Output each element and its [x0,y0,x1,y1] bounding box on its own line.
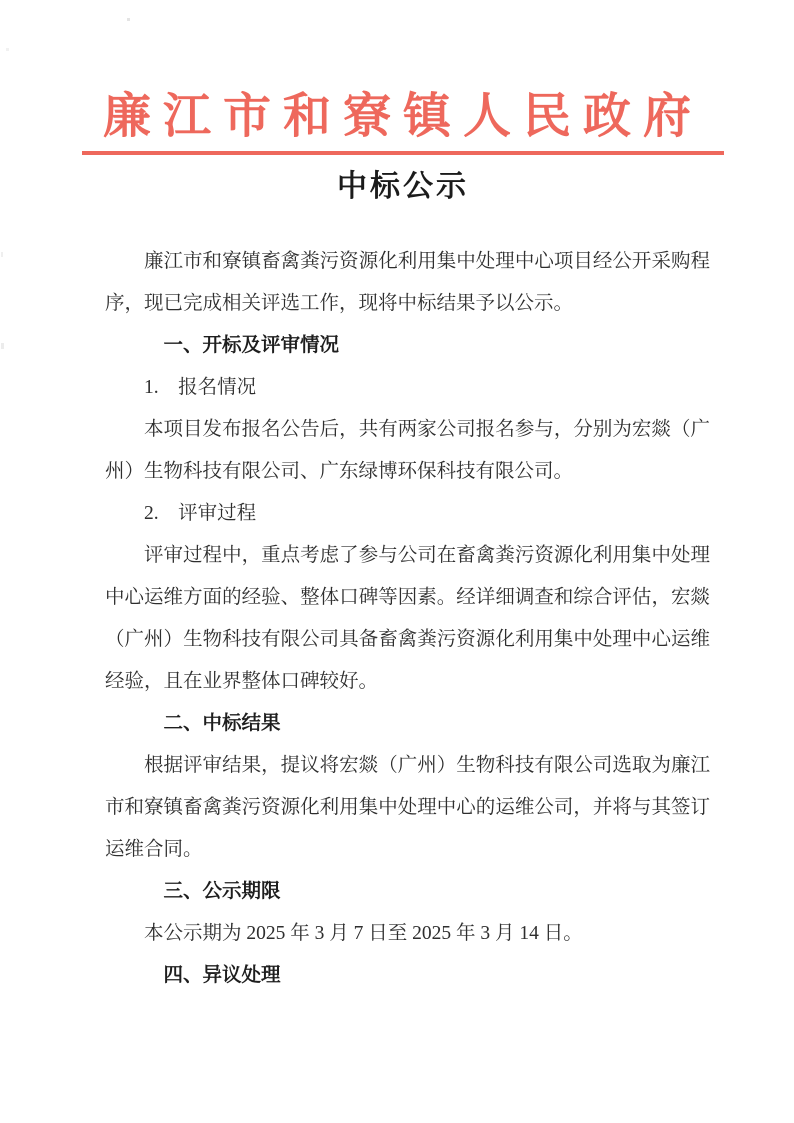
body-paragraph: 廉江市和寮镇畜禽粪污资源化利用集中处理中心项目经公开采购程序，现已完成相关评选工… [105,241,710,325]
document-body: 廉江市和寮镇畜禽粪污资源化利用集中处理中心项目经公开采购程序，现已完成相关评选工… [105,241,710,997]
scan-speck [127,18,130,21]
scan-speck [1,252,3,257]
sub-item-1: 1. 报名情况 [105,367,710,409]
body-paragraph: 评审过程中，重点考虑了参与公司在畜禽粪污资源化利用集中处理中心运维方面的经验、整… [105,535,710,703]
body-paragraph: 本项目发布报名公告后，共有两家公司报名参与，分别为宏燚（广州）生物科技有限公司、… [105,409,710,493]
scan-speck [1,343,4,349]
section-heading-3: 三、公示期限 [105,871,710,913]
document-title: 中标公示 [82,170,724,204]
scanned-document-page: 廉江市和寮镇人民政府 中标公示 廉江市和寮镇畜禽粪污资源化利用集中处理中心项目经… [0,0,794,1123]
sub-item-2: 2. 评审过程 [105,493,710,535]
section-heading-1: 一、开标及评审情况 [105,325,710,367]
body-paragraph: 根据评审结果，提议将宏燚（广州）生物科技有限公司选取为廉江市和寮镇畜禽粪污资源化… [105,745,710,871]
section-heading-2: 二、中标结果 [105,703,710,745]
issuer-title: 廉江市和寮镇人民政府 [82,93,724,141]
letterhead-divider [82,151,724,155]
letterhead: 廉江市和寮镇人民政府 [82,93,724,155]
section-heading-4: 四、异议处理 [105,955,710,997]
body-paragraph: 本公示期为 2025 年 3 月 7 日至 2025 年 3 月 14 日。 [105,913,710,955]
scan-speck [6,48,9,51]
